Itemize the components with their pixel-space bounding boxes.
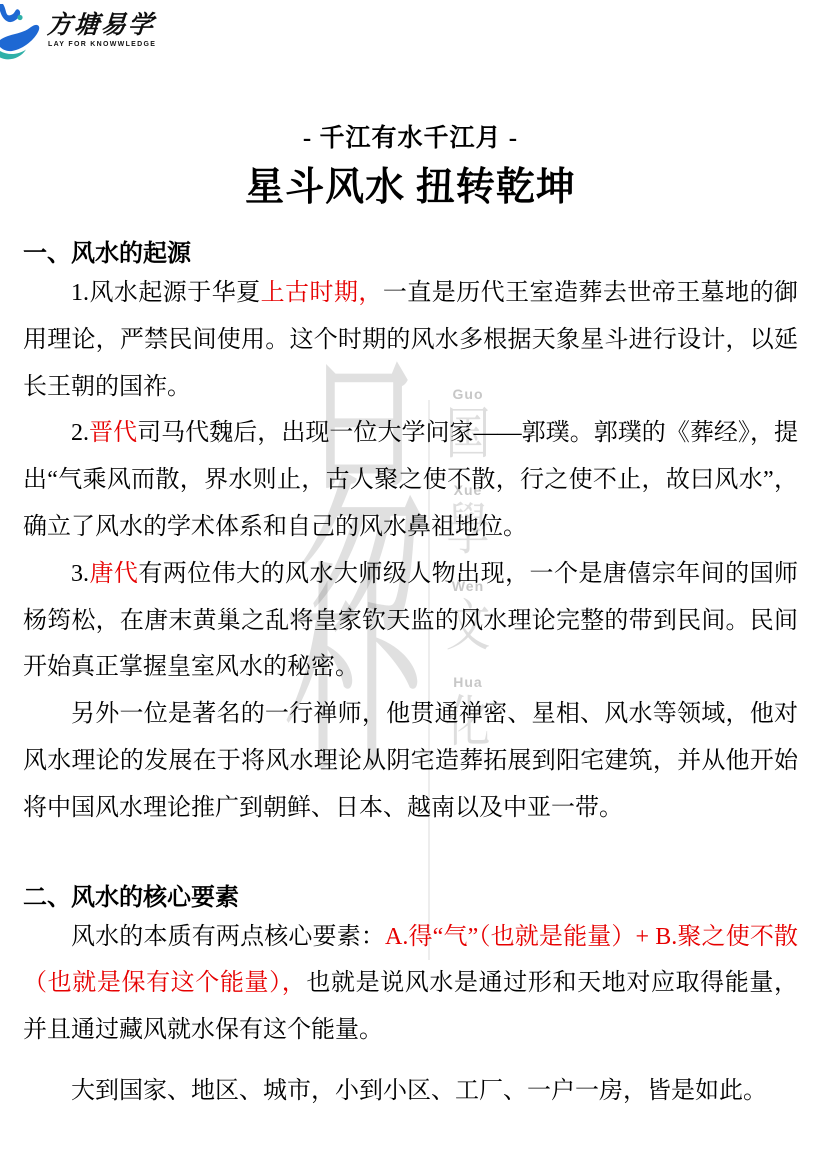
paragraph: 大到国家、地区、城市，小到小区、工厂、一户一房，皆是如此。 [23, 1068, 798, 1115]
body-text: 风水的本质有两点核心要素： [71, 924, 385, 950]
body-text: 1.风水起源于华夏 [71, 280, 261, 306]
highlight-red-text: 上古时期， [261, 280, 383, 306]
body-text: 司马代魏后，出现一位大学问家——郭璞。郭璞的《葬经》，提出“气乘风而散，界水则止… [23, 420, 798, 540]
section-heading: 一、风水的起源 [23, 238, 798, 270]
paragraph: 2.晋代司马代魏后，出现一位大学问家——郭璞。郭璞的《葬经》，提出“气乘风而散，… [23, 410, 798, 550]
body-text: 大到国家、地区、城市，小到小区、工厂、一户一房，皆是如此。 [71, 1078, 767, 1104]
paragraph: 3.唐代有两位伟大的风水大师级人物出现，一个是唐僖宗年间的国师杨筠松，在唐末黄巢… [23, 551, 798, 691]
brand-name: 方塘易学 [46, 12, 158, 38]
body-text: 另外一位是著名的一行禅师，他贯通禅密、星相、风水等领域，他对风水理论的发展在于将… [23, 701, 798, 821]
highlight-red-text: 晋代 [89, 420, 137, 446]
document-body: 一、风水的起源1.风水起源于华夏上古时期，一直是历代王室造葬去世帝王墓地的御用理… [23, 238, 798, 1115]
document-content: - 千江有水千江月 - 星斗风水 扭转乾坤 一、风水的起源1.风水起源于华夏上古… [23, 124, 798, 1115]
section-heading: 二、风水的核心要素 [23, 882, 798, 914]
splash-frog-logo-icon [0, 4, 44, 62]
highlight-red-text: 唐代 [89, 561, 138, 587]
document-page: 方塘易学 LAY FOR KNOWWLEDGE 易朴 Guo国Xue學Wen文H… [0, 0, 821, 1171]
body-text: 2. [71, 420, 89, 446]
doc-subtitle: - 千江有水千江月 - [23, 124, 798, 154]
brand-text-block: 方塘易学 LAY FOR KNOWWLEDGE [46, 4, 156, 48]
body-text: 有两位伟大的风水大师级人物出现，一个是唐僖宗年间的国师杨筠松，在唐末黄巢之乱将皇… [23, 561, 798, 681]
body-text: 3. [71, 561, 89, 587]
brand-logo: 方塘易学 LAY FOR KNOWWLEDGE [0, 4, 156, 62]
doc-title: 星斗风水 扭转乾坤 [23, 166, 798, 210]
brand-tagline: LAY FOR KNOWWLEDGE [48, 41, 156, 48]
paragraph: 1.风水起源于华夏上古时期，一直是历代王室造葬去世帝王墓地的御用理论，严禁民间使… [23, 270, 798, 410]
paragraph: 风水的本质有两点核心要素：A.得“气”（也就是能量）+ B.聚之使不散（也就是保… [23, 914, 798, 1054]
paragraph: 另外一位是著名的一行禅师，他贯通禅密、星相、风水等领域，他对风水理论的发展在于将… [23, 691, 798, 831]
